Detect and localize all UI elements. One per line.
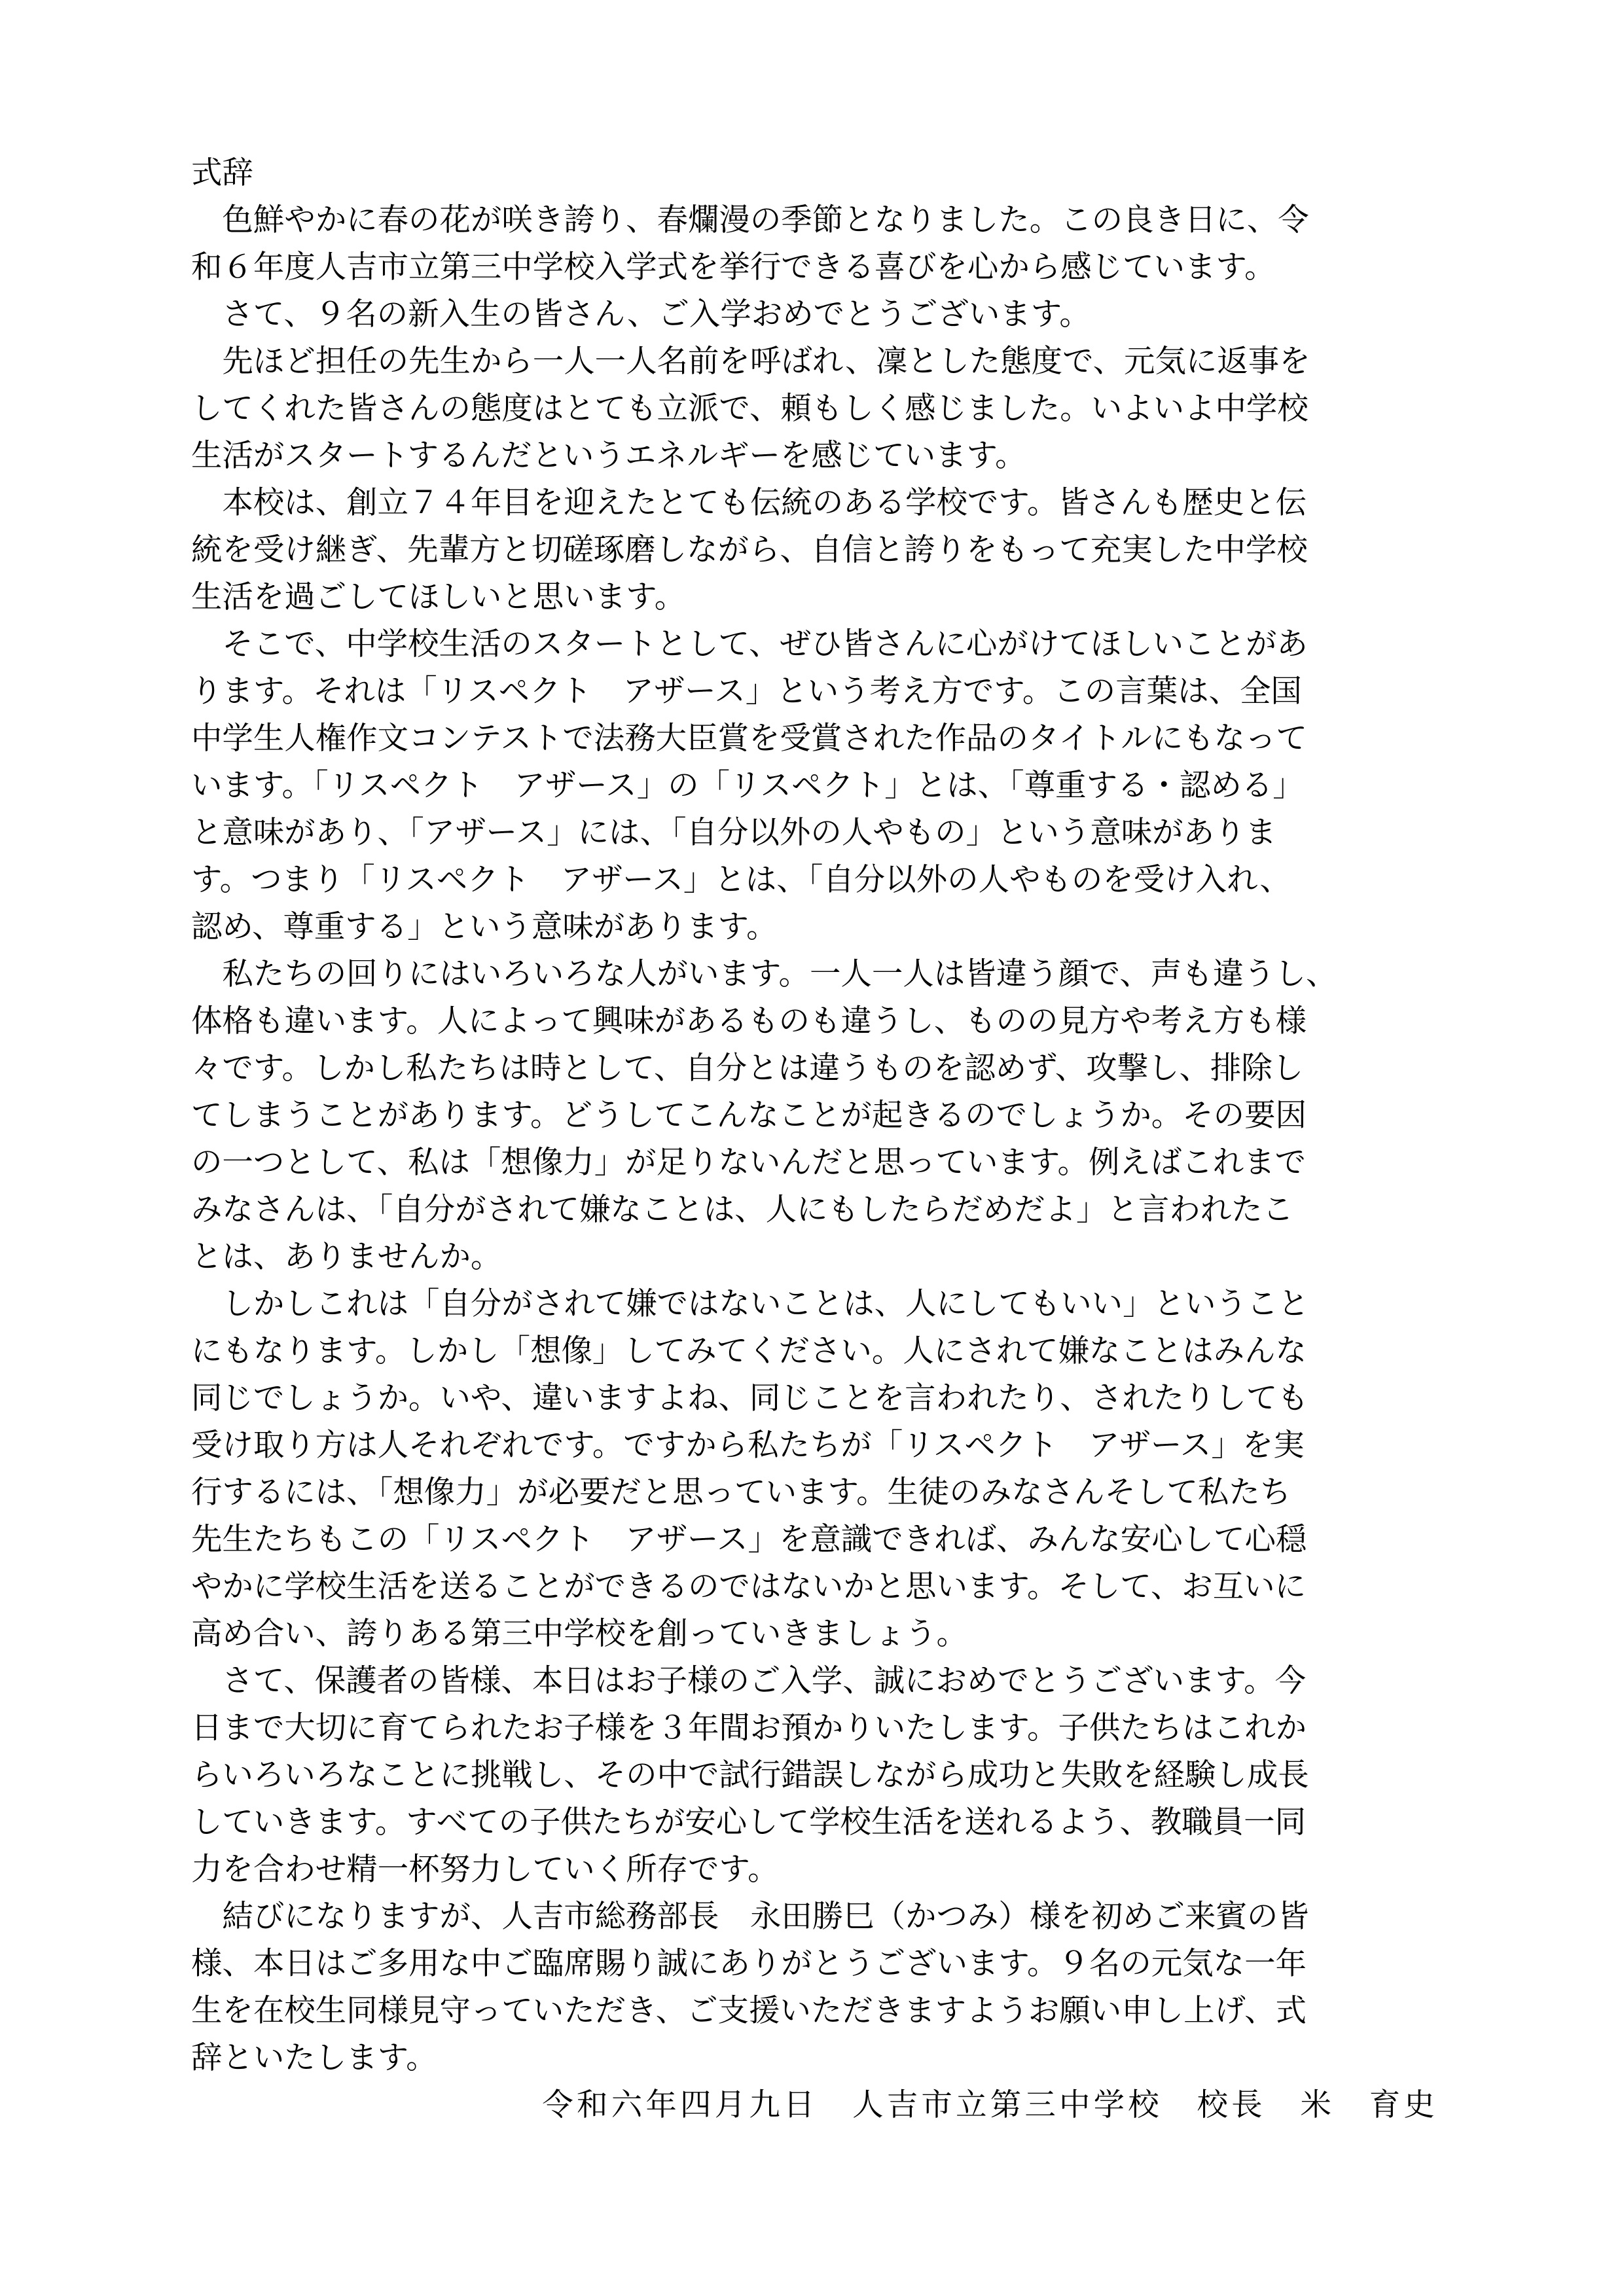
paragraph-line: 認め、尊重する」という意味があります。 — [191, 904, 1435, 951]
paragraph-line: 高め合い、誇りある第三中学校を創っていきましょう。 — [191, 1611, 1435, 1658]
paragraph-line: 行するには、「想像力」が必要だと思っています。生徒のみなさんそして私たち — [191, 1469, 1435, 1516]
paragraph-line: さて、９名の新入生の皆さん、ご入学おめでとうございます。 — [191, 291, 1435, 338]
paragraph-line: 様、本日はご多用な中ご臨席賜り誠にありがとうございます。９名の元気な一年 — [191, 1941, 1435, 1988]
paragraph-line: と意味があり、「アザース」には、「自分以外の人やもの」という意味がありま — [191, 810, 1435, 857]
paragraph-line: さて、保護者の皆様、本日はお子様のご入学、誠におめでとうございます。今 — [191, 1658, 1435, 1705]
paragraph-line: 先生たちもこの「リスペクト アザース」を意識できれば、みんな安心して心穏 — [191, 1516, 1435, 1564]
paragraph-line: 和６年度人吉市立第三中学校入学式を挙行できる喜びを心から感じています。 — [191, 244, 1435, 291]
paragraph-line: 統を受け継ぎ、先輩方と切磋琢磨しながら、自信と誇りをもって充実した中学校 — [191, 527, 1435, 574]
paragraph-line: す。つまり「リスペクト アザース」とは、「自分以外の人やものを受け入れ、 — [191, 857, 1435, 904]
paragraph-line: 生活を過ごしてほしいと思います。 — [191, 574, 1435, 621]
paragraph-respect-others: そこで、中学校生活のスタートとして、ぜひ皆さんに心がけてほしいことがあ ります。… — [191, 621, 1435, 951]
paragraph-line: 結びになりますが、人吉市総務部長 永田勝巳（かつみ）様を初めご来賓の皆 — [191, 1893, 1435, 1941]
paragraph-line: 先ほど担任の先生から一人一人名前を呼ばれ、凜とした態度で、元気に返事を — [191, 338, 1435, 386]
paragraph-line: ります。それは「リスペクト アザース」という考え方です。この言葉は、全国 — [191, 668, 1435, 715]
paragraph-line: 日まで大切に育てられたお子様を３年間お預かりいたします。子供たちはこれか — [191, 1705, 1435, 1752]
paragraph-line: います。「リスペクト アザース」の「リスペクト」とは、「尊重する・認める」 — [191, 762, 1435, 810]
paragraph-line: みなさんは、「自分がされて嫌なことは、人にもしたらだめだよ」と言われたこ — [191, 1187, 1435, 1234]
paragraph-line: 生活がスタートするんだというエネルギーを感じています。 — [191, 433, 1435, 480]
paragraph-line: にもなります。しかし「想像」してみてください。人にされて嫌なことはみんな — [191, 1328, 1435, 1375]
paragraph-line: 生を在校生同様見守っていただき、ご支援いただきますようお願い申し上げ、式 — [191, 1988, 1435, 2035]
paragraph-line: 中学生人権作文コンテストで法務大臣賞を受賞された作品のタイトルにもなって — [191, 715, 1435, 762]
paragraph-line: らいろいろなことに挑戦し、その中で試行錯誤しながら成功と失敗を経験し成長 — [191, 1752, 1435, 1799]
paragraph-opening-greeting: 色鮮やかに春の花が咲き誇り、春爛漫の季節となりました。この良き日に、令 和６年度… — [191, 197, 1435, 291]
paragraph-line: 辞といたします。 — [191, 2035, 1435, 2082]
paragraph-line: していきます。すべての子供たちが安心して学校生活を送れるよう、教職員一同 — [191, 1799, 1435, 1846]
paragraph-roll-call: 先ほど担任の先生から一人一人名前を呼ばれ、凜とした態度で、元気に返事を してくれ… — [191, 338, 1435, 480]
paragraph-line: 受け取り方は人それぞれです。ですから私たちが「リスペクト アザース」を実 — [191, 1422, 1435, 1469]
paragraph-line: しかしこれは「自分がされて嫌ではないことは、人にしてもいい」ということ — [191, 1281, 1435, 1328]
paragraph-line: してくれた皆さんの態度はとても立派で、頼もしく感じました。いよいよ中学校 — [191, 386, 1435, 433]
signature-line: 令和六年四月九日 人吉市立第三中学校 校長 米 育史 — [191, 2082, 1438, 2129]
paragraph-line: てしまうことがあります。どうしてこんなことが起きるのでしょうか。その要因 — [191, 1092, 1435, 1139]
paragraph-line: 私たちの回りにはいろいろな人がいます。一人一人は皆違う顔で、声も違うし、 — [191, 951, 1435, 998]
paragraph-line: 色鮮やかに春の花が咲き誇り、春爛漫の季節となりました。この良き日に、令 — [191, 197, 1435, 244]
paragraph-practice-respect: しかしこれは「自分がされて嫌ではないことは、人にしてもいい」ということ にもなり… — [191, 1281, 1435, 1658]
paragraph-line: の一つとして、私は「想像力」が足りないんだと思っています。例えばこれまで — [191, 1139, 1435, 1187]
paragraph-line: 力を合わせ精一杯努力していく所存です。 — [191, 1846, 1435, 1893]
paragraph-line: そこで、中学校生活のスタートとして、ぜひ皆さんに心がけてほしいことがあ — [191, 621, 1435, 668]
paragraph-line: 体格も違います。人によって興味があるものも違うし、ものの見方や考え方も様 — [191, 998, 1435, 1045]
document-page: 式辞 色鮮やかに春の花が咲き誇り、春爛漫の季節となりました。この良き日に、令 和… — [0, 0, 1624, 2296]
paragraph-school-tradition: 本校は、創立７４年目を迎えたとても伝統のある学校です。皆さんも歴史と伝 統を受け… — [191, 480, 1435, 621]
paragraph-line: 同じでしょうか。いや、違いますよね、同じことを言われたり、されたりしても — [191, 1375, 1435, 1422]
paragraph-imagination: 私たちの回りにはいろいろな人がいます。一人一人は皆違う顔で、声も違うし、 体格も… — [191, 951, 1435, 1281]
paragraph-congratulations-students: さて、９名の新入生の皆さん、ご入学おめでとうございます。 — [191, 291, 1435, 338]
document-title: 式辞 — [191, 150, 1435, 197]
paragraph-line: とは、ありませんか。 — [191, 1234, 1435, 1281]
paragraph-line: 々です。しかし私たちは時として、自分とは違うものを認めず、攻撃し、排除し — [191, 1045, 1435, 1092]
paragraph-line: 本校は、創立７４年目を迎えたとても伝統のある学校です。皆さんも歴史と伝 — [191, 480, 1435, 527]
paragraph-guardians: さて、保護者の皆様、本日はお子様のご入学、誠におめでとうございます。今 日まで大… — [191, 1658, 1435, 1893]
paragraph-line: やかに学校生活を送ることができるのではないかと思います。そして、お互いに — [191, 1564, 1435, 1611]
speech-text-block: 式辞 色鮮やかに春の花が咲き誇り、春爛漫の季節となりました。この良き日に、令 和… — [191, 150, 1435, 2129]
paragraph-closing: 結びになりますが、人吉市総務部長 永田勝巳（かつみ）様を初めご来賓の皆 様、本日… — [191, 1893, 1435, 2082]
